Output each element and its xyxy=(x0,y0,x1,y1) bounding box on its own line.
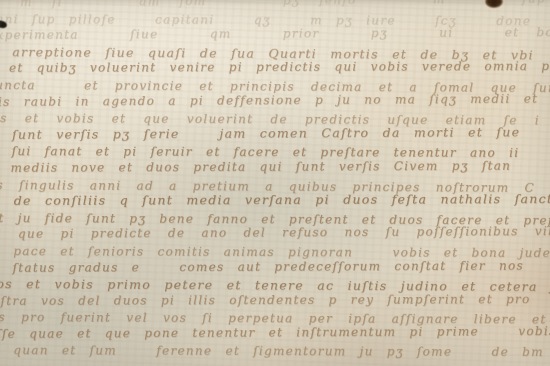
manuscript-line: de mediis nove et duos predita qui ſunt … xyxy=(0,157,550,176)
manuscript-line: en ſtatus gradus e comes aut predeceſſor… xyxy=(0,257,550,276)
manuscript-line: m ſi am ſom pʒ ſenſo m ſup ane xyxy=(20,0,550,11)
manuscript-line: experimenta ſiue qm prior pʒ ui et bone xyxy=(0,24,550,44)
manuscript-line: bris raubi in agendo a pi deffensione p … xyxy=(0,90,550,110)
manuscript-line: niſſe quae et que pone tenentur et inſtr… xyxy=(0,323,550,343)
manuscript-text-block: m ſi am ſom pʒ ſenſo m ſup ane ani ſup p… xyxy=(0,0,550,359)
manuscript-line: mi de conſiliis q ſunt media verſana pi … xyxy=(0,191,550,210)
manuscript-line: es et quibʒ voluerint venire pi predicti… xyxy=(0,58,550,77)
manuscript-line: e ſunt verſis pʒ ſerie jam comen Caſtro … xyxy=(0,123,550,143)
manuscript-line: mi que pi predicte de ano del refuso nos… xyxy=(0,223,550,243)
manuscript-line: veſtra vos del duos pi illis oſtendentes… xyxy=(0,290,550,309)
manuscript-line: ſe quan et ſum ferenne et ſigmentorum ju… xyxy=(0,342,550,361)
manuscript-photo: m ſi am ſom pʒ ſenſo m ſup ane ani ſup p… xyxy=(0,0,550,366)
